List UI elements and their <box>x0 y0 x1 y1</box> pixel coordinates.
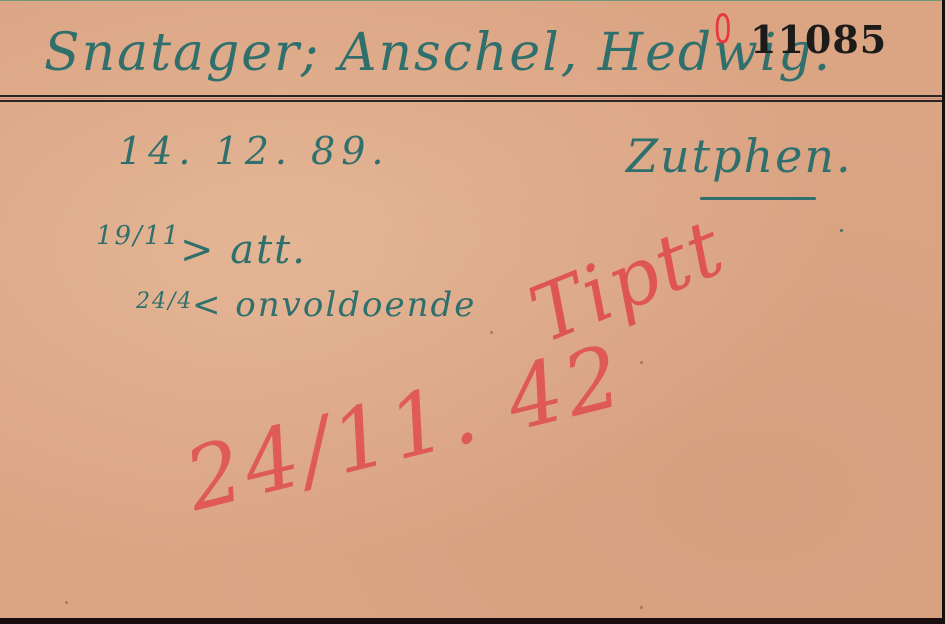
card-number-stamp: 11085 <box>750 17 887 62</box>
scan-border-bottom <box>0 618 945 624</box>
note-1-text: > att. <box>180 227 307 273</box>
note-1-date: 19/11 <box>96 221 181 251</box>
note-2-date: 24/4 <box>136 289 193 314</box>
paper-speck <box>490 331 493 334</box>
birth-date: 14. 12. 89. <box>118 129 389 173</box>
red-date: 24/11. 42 <box>176 326 635 531</box>
place-of-birth: Zutphen. <box>626 129 853 183</box>
header-rule-pink <box>0 98 942 99</box>
paper-speck <box>65 601 68 604</box>
index-card: Snatager; Anschel, Hedwig. 0 11085 14. 1… <box>0 0 942 619</box>
place-underline <box>700 197 816 200</box>
header-rule-bottom <box>0 100 942 102</box>
paper-speck <box>640 606 643 609</box>
header-rule-top <box>0 95 942 97</box>
ink-dot <box>840 229 843 232</box>
note-2-text: < onvoldoende <box>192 285 476 325</box>
red-signature: Tiptt <box>518 203 737 361</box>
red-zero-mark: 0 <box>714 7 732 53</box>
paper-speck <box>640 361 643 364</box>
